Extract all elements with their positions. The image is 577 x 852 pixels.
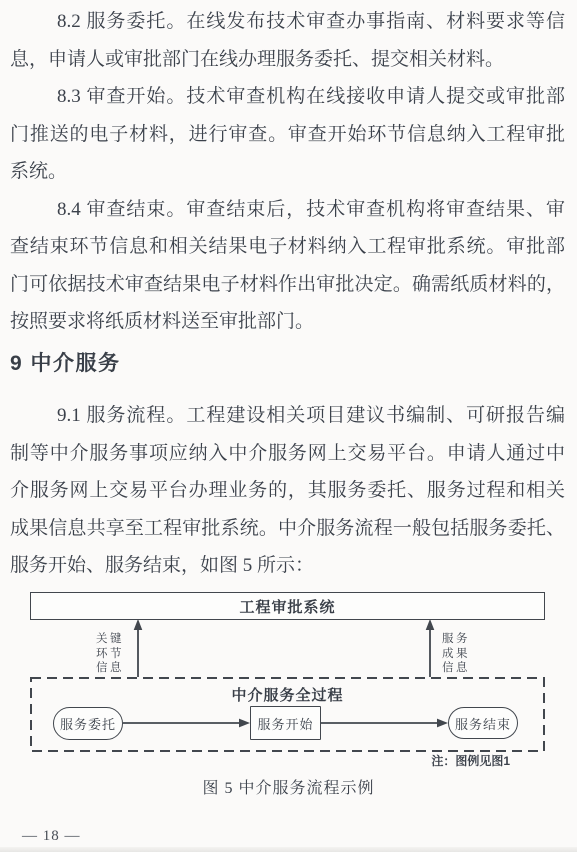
body-text: 8.2 服务委托。在线发布技术审查办事指南、材料要求等信 息，申请人或审批部门在…: [0, 0, 577, 585]
flow-node-service-entrust: 服务委托: [53, 707, 123, 740]
body-text-line: 8.4 审查结束。审查结束后，技术审查机构将审查结果、审: [10, 191, 565, 229]
body-text-line: 8.3 审查开始。技术审查机构在线接收申请人提交或审批部: [10, 78, 565, 116]
figure-note: 注：图例见图1: [345, 752, 510, 769]
arrow-right-icon: [437, 719, 448, 728]
arrow-right-icon: [239, 719, 250, 728]
body-text-line: 按照要求将纸质材料送至审批部门。: [10, 303, 565, 341]
body-text-line: 制等中介服务事项应纳入中介服务网上交易平台。申请人通过中: [10, 435, 565, 473]
flow-node-service-end: 服务结束: [448, 707, 518, 739]
body-text-line: 成果信息共享至工程审批系统。中介服务流程一般包括服务委托、: [10, 510, 565, 548]
body-text-line: 9.1 服务流程。工程建设相关项目建议书编制、可研报告编: [10, 397, 565, 435]
process-container-title: 中介服务全过程: [30, 684, 545, 705]
left-arrow-label-line: 环节: [90, 647, 130, 662]
arrow-up-icon: [134, 619, 143, 630]
body-text-line: 门可依据技术审查结果电子材料作出审批决定。确需纸质材料的，: [10, 266, 565, 304]
section-9-heading: 9 中介服务: [10, 345, 565, 383]
left-arrow-label-line: 信息: [90, 661, 130, 676]
body-text-line: 查结束环节信息和相关结果电子材料纳入工程审批系统。审批部: [10, 228, 565, 266]
body-text-line: 门推送的电子材料，进行审查。审查开始环节信息纳入工程审批: [10, 116, 565, 154]
body-text-line: 介服务网上交易平台办理业务的，其服务委托、服务过程和相关: [10, 472, 565, 510]
right-arrow-label-line: 服务: [436, 632, 476, 647]
right-arrow-label-line: 成果: [436, 647, 476, 662]
body-text-line: 服务开始、服务结束，如图 5 所示：: [10, 547, 565, 585]
page-bottom-edge: [0, 847, 577, 852]
system-box: 工程审批系统: [30, 592, 545, 620]
page-number: — 18 —: [22, 828, 81, 845]
left-arrow-label-line: 关键: [90, 632, 130, 647]
body-text-line: 8.2 服务委托。在线发布技术审查办事指南、材料要求等信: [10, 3, 565, 41]
arrow-up-icon: [426, 619, 435, 630]
left-arrow-label: 关键 环节 信息: [90, 632, 130, 676]
figure-caption: 图 5 中介服务流程示例: [0, 775, 577, 798]
flow-node-service-start: 服务开始: [250, 706, 321, 740]
right-arrow-label: 服务 成果 信息: [436, 632, 476, 676]
body-text-line: 息，申请人或审批部门在线办理服务委托、提交相关材料。: [10, 41, 565, 79]
document-page: 8.2 服务委托。在线发布技术审查办事指南、材料要求等信 息，申请人或审批部门在…: [0, 0, 577, 852]
right-arrow-label-line: 信息: [436, 661, 476, 676]
body-text-line: 系统。: [10, 153, 565, 191]
